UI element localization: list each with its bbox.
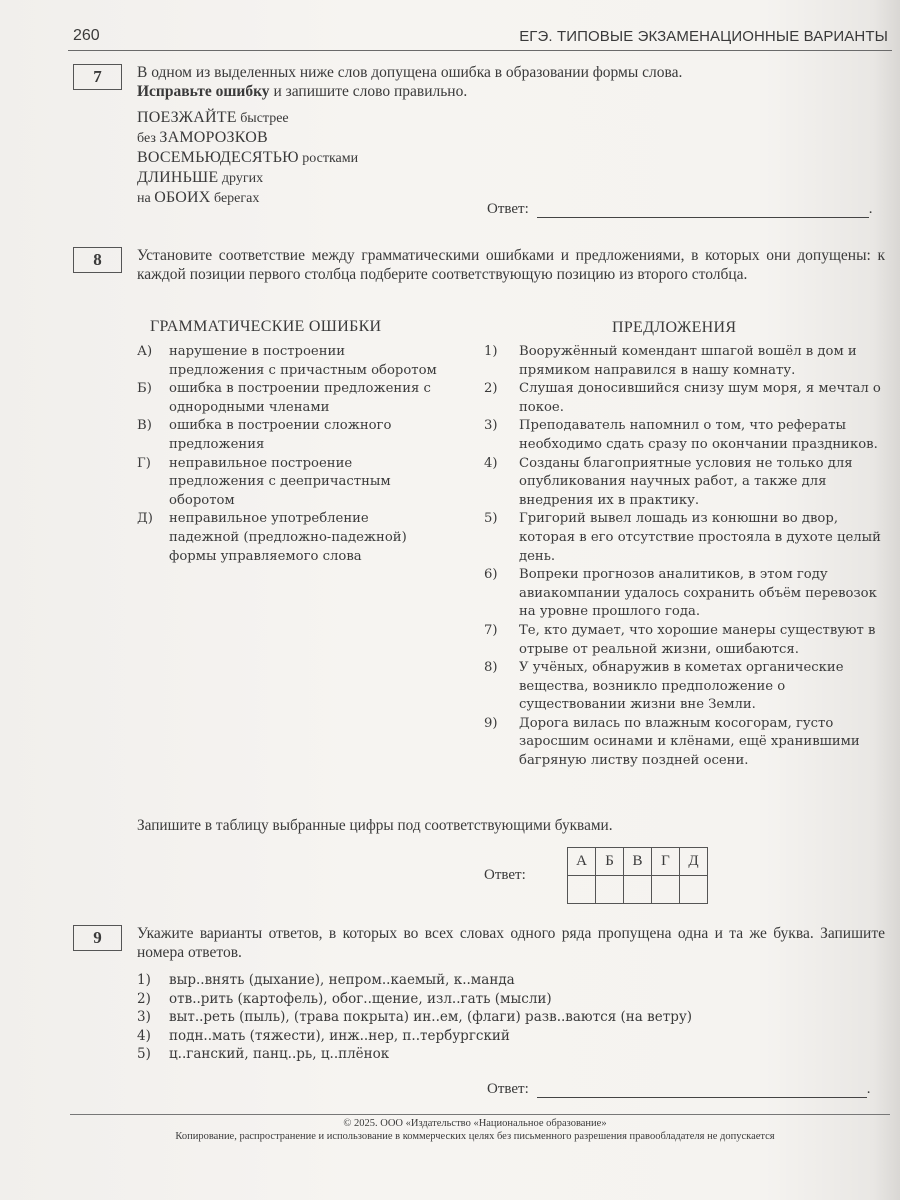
errors-list: А)нарушение в построении предложения с п… [137, 343, 437, 566]
option-item-2: 2)отв..рить (картофель), обог..щение, из… [137, 990, 692, 1009]
sentences-column-header: ПРЕДЛОЖЕНИЯ [612, 319, 736, 337]
question-9-answer: Ответ:. [487, 1081, 871, 1098]
question-7-text: В одном из выделенных ниже слов допущена… [137, 64, 885, 101]
question-8-text: Установите соответствие между грамматиче… [137, 247, 885, 284]
question-8-answer-table: А Б В Г Д [567, 847, 708, 904]
answer-field[interactable] [537, 1084, 867, 1098]
question-7-bold-instruction: Исправьте ошибку [137, 83, 270, 100]
question-9-text: Укажите варианты ответов, в которых во в… [137, 925, 885, 962]
sentence-item-7: 7)Те, кто думает, что хорошие манеры сущ… [484, 622, 886, 659]
answer-field[interactable] [537, 204, 869, 218]
question-7-instruction: В одном из выделенных ниже слов допущена… [137, 64, 682, 81]
table-header-b: Б [596, 848, 624, 876]
word-item: ВОСЕМЬЮДЕСЯТЬЮ ростками [137, 148, 358, 168]
question-8-table-instruction: Запишите в таблицу выбранные цифры под с… [137, 817, 613, 835]
page-number: 260 [73, 27, 100, 45]
sentence-item-1: 1)Вооружённый комендант шпагой вошёл в д… [484, 343, 886, 380]
answer-cell-d[interactable] [680, 876, 708, 904]
answer-cell-a[interactable] [568, 876, 596, 904]
word-item: ДЛИНЬШЕ других [137, 168, 358, 188]
sentence-item-4: 4)Созданы благоприятные условия не тольк… [484, 455, 886, 511]
footer-copyright: © 2025. ООО «Издательство «Национальное … [60, 1118, 890, 1129]
sentence-item-3: 3)Преподаватель напомнил о том, что рефе… [484, 417, 886, 454]
answer-cell-g[interactable] [652, 876, 680, 904]
option-item-5: 5)ц..ганский, панц..рь, ц..плёнок [137, 1045, 692, 1064]
table-header-g: Г [652, 848, 680, 876]
sentences-list: 1)Вооружённый комендант шпагой вошёл в д… [484, 343, 886, 771]
header-divider [68, 50, 892, 51]
option-item-4: 4)подн..мать (тяжести), инж..нер, п..тер… [137, 1027, 692, 1046]
error-item-a: А)нарушение в построении предложения с п… [137, 343, 437, 380]
question-7-answer: Ответ:. [487, 201, 873, 218]
question-7-instruction-tail: и запишите слово правильно. [270, 83, 468, 100]
question-7-number: 7 [73, 64, 122, 90]
answer-label: Ответ: [487, 1081, 529, 1097]
sentence-item-8: 8)У учёных, обнаружив в кометах органиче… [484, 659, 886, 715]
sentence-item-5: 5)Григорий вывел лошадь из конюшни во дв… [484, 510, 886, 566]
exam-page: 260 ЕГЭ. ТИПОВЫЕ ЭКЗАМЕНАЦИОННЫЕ ВАРИАНТ… [0, 0, 900, 1200]
table-header-d: Д [680, 848, 708, 876]
answer-cell-b[interactable] [596, 876, 624, 904]
question-9-options: 1)выр..внять (дыхание), непром..каемый, … [137, 971, 692, 1064]
table-header-v: В [624, 848, 652, 876]
running-header-title: ЕГЭ. ТИПОВЫЕ ЭКЗАМЕНАЦИОННЫЕ ВАРИАНТЫ [519, 28, 888, 45]
word-item: ПОЕЗЖАЙТЕ быстрее [137, 108, 358, 128]
option-item-1: 1)выр..внять (дыхание), непром..каемый, … [137, 971, 692, 990]
error-item-g: Г)неправильное построение предложения с … [137, 455, 437, 511]
error-item-b: Б)ошибка в построении предложения с одно… [137, 380, 437, 417]
sentence-item-2: 2)Слушая доносившийся снизу шум моря, я … [484, 380, 886, 417]
errors-column-header: ГРАММАТИЧЕСКИЕ ОШИБКИ [150, 318, 381, 336]
word-item: на ОБОИХ берегах [137, 188, 358, 208]
error-item-v: В)ошибка в построении сложного предложен… [137, 417, 437, 454]
footer-notice: Копирование, распространение и использов… [60, 1131, 890, 1142]
answer-label: Ответ: [487, 201, 529, 217]
question-9-number: 9 [73, 925, 122, 951]
sentence-item-6: 6)Вопреки прогнозов аналитиков, в этом г… [484, 566, 886, 622]
option-item-3: 3)выт..реть (пыль), (трава покрыта) ин..… [137, 1008, 692, 1027]
word-item: без ЗАМОРОЗКОВ [137, 128, 358, 148]
footer-divider [70, 1114, 890, 1115]
sentence-item-9: 9)Дорога вилась по влажным косогорам, гу… [484, 715, 886, 771]
question-8-number: 8 [73, 247, 122, 273]
question-8-answer-label: Ответ: [484, 867, 526, 884]
question-7-word-list: ПОЕЗЖАЙТЕ быстрее без ЗАМОРОЗКОВ ВОСЕМЬЮ… [137, 108, 358, 208]
answer-cell-v[interactable] [624, 876, 652, 904]
table-header-a: А [568, 848, 596, 876]
error-item-d: Д)неправильное употребление падежной (пр… [137, 510, 437, 566]
